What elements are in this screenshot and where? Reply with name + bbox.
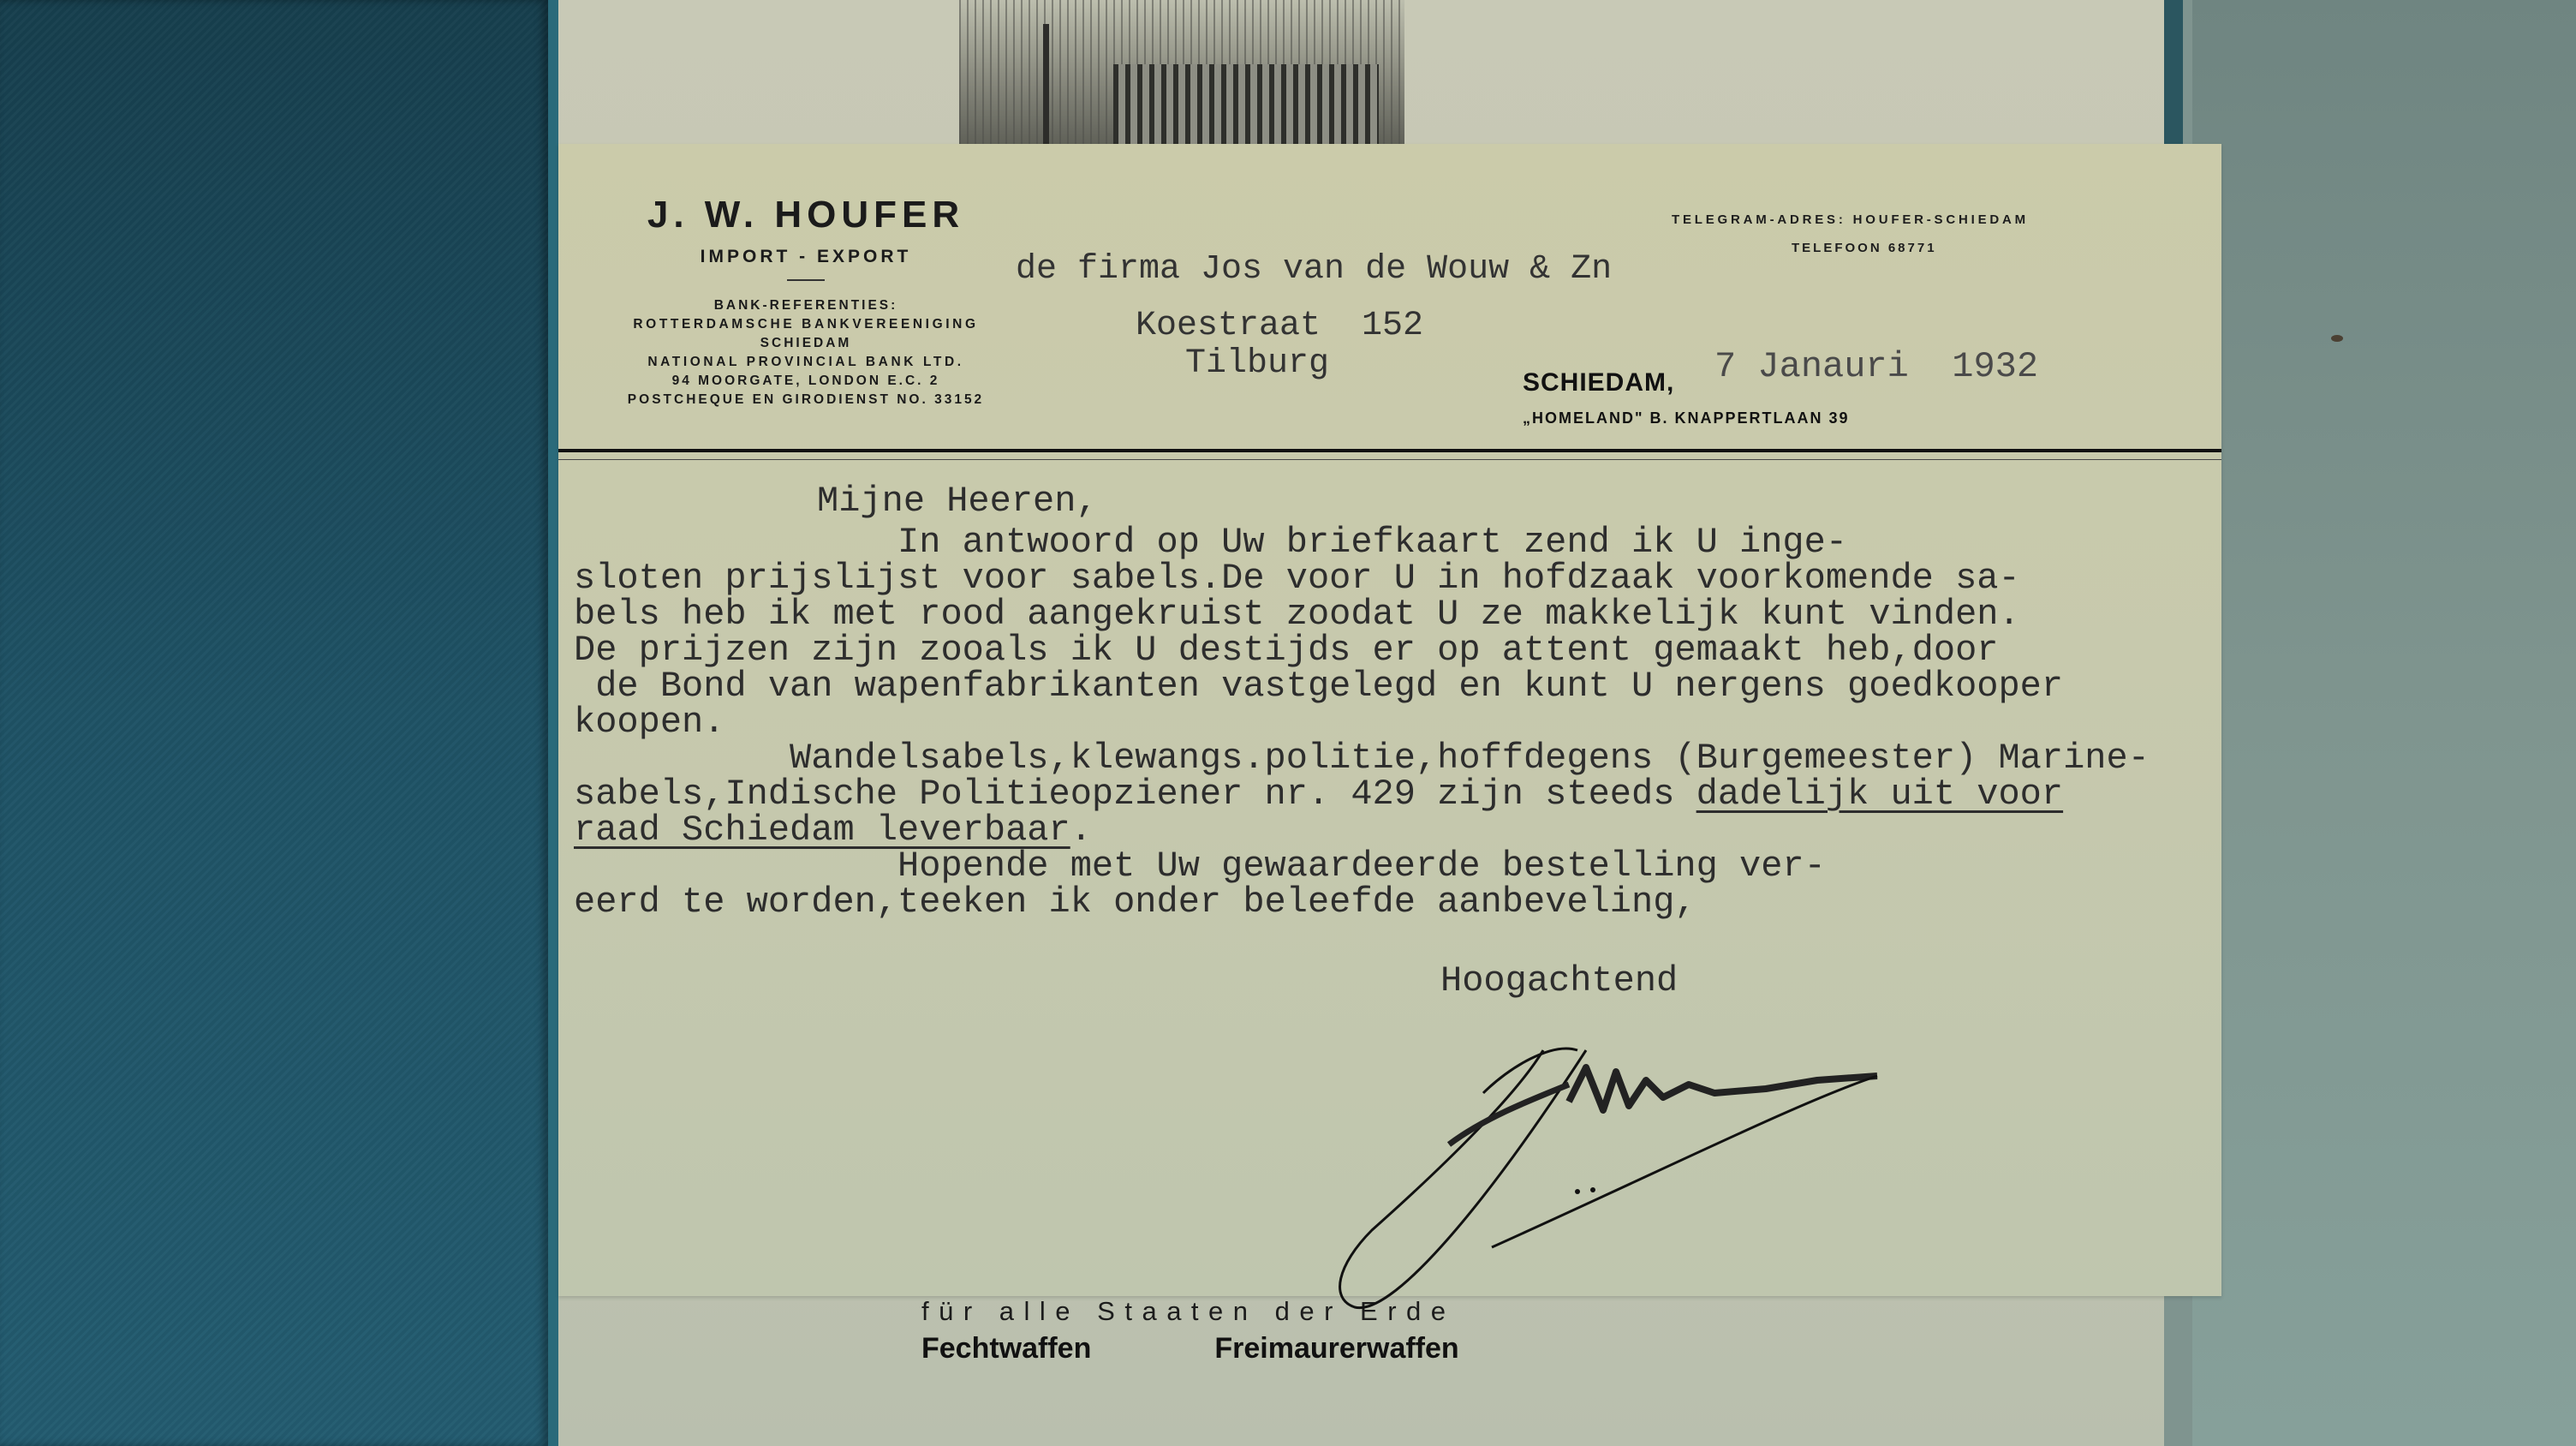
catalog-category-masonic: Freimaurerwaffen bbox=[1214, 1332, 1458, 1365]
underlined-text: raad Schiedam leverbaar bbox=[574, 810, 1070, 851]
dust-speck bbox=[2331, 335, 2343, 342]
body-line: koopen. bbox=[574, 704, 2150, 740]
book-cover-edge bbox=[548, 0, 558, 1446]
bank-line: 94 MOORGATE, LONDON E.C. 2 bbox=[579, 372, 1033, 391]
letterhead-left: J. W. HOUFER IMPORT - EXPORT BANK-REFERE… bbox=[579, 194, 1033, 409]
body-line: bels heb ik met rood aangekruist zoodat … bbox=[574, 596, 2150, 632]
background-surface bbox=[2192, 0, 2576, 1446]
catalog-categories: Fechtwaffen Freimaurerwaffen bbox=[921, 1332, 1459, 1365]
letterhead-right: TELEGRAM-ADRES: HOUFER-SCHIEDAM TELEFOON… bbox=[1672, 212, 2029, 255]
salutation: Mijne Heeren, bbox=[817, 483, 1098, 519]
letterhead-rule-thin bbox=[558, 459, 2221, 460]
catalog-category-fencing: Fechtwaffen bbox=[921, 1332, 1091, 1365]
body-line: In antwoord op Uw briefkaart zend ik U i… bbox=[574, 524, 2150, 560]
punctuation: . bbox=[1070, 810, 1092, 851]
body-line: eerd te worden,teeken ik onder beleefde … bbox=[574, 884, 2150, 920]
body-line: sloten prijslijst voor sabels.De voor U … bbox=[574, 560, 2150, 596]
company-business: IMPORT - EXPORT bbox=[579, 247, 1033, 267]
company-name: J. W. HOUFER bbox=[579, 194, 1033, 236]
recipient-street: Koestraat 152 bbox=[1136, 307, 1423, 345]
divider bbox=[787, 279, 825, 281]
underlined-text: dadelijk uit voor bbox=[1696, 774, 2063, 815]
bank-line: NATIONAL PROVINCIAL BANK LTD. bbox=[579, 353, 1033, 372]
factory-building bbox=[1113, 64, 1379, 144]
body-line-with-underline: raad Schiedam leverbaar. bbox=[574, 812, 2150, 848]
business-letter: J. W. HOUFER IMPORT - EXPORT BANK-REFERE… bbox=[558, 144, 2221, 1296]
body-line: de Bond van wapenfabrikanten vastgelegd … bbox=[574, 668, 2150, 704]
factory-chimney bbox=[1043, 24, 1049, 144]
recipient-name: de firma Jos van de Wouw & Zn bbox=[1016, 250, 1612, 289]
body-line: Wandelsabels,klewangs.politie,hoffdegens… bbox=[574, 740, 2150, 776]
sender-address: „HOMELAND" B. KNAPPERTLAAN 39 bbox=[1523, 409, 1850, 427]
letter-date: 7 Janauri 1932 bbox=[1714, 346, 2038, 387]
body-line: sabels,Indische Politieopziener nr. 429 … bbox=[574, 774, 1696, 815]
body-line-with-underline: sabels,Indische Politieopziener nr. 429 … bbox=[574, 776, 2150, 812]
closing: Hoogachtend bbox=[1440, 963, 1678, 999]
book-cover-felt bbox=[0, 0, 548, 1446]
recipient-city: Tilburg bbox=[1185, 344, 1329, 383]
telephone-number: TELEFOON 68771 bbox=[1792, 241, 2029, 255]
sender-place: SCHIEDAM, bbox=[1523, 368, 1674, 397]
signature-icon bbox=[1321, 1016, 1920, 1324]
bank-label: BANK-REFERENTIES: bbox=[579, 296, 1033, 315]
bank-line: ROTTERDAMSCHE BANKVEREENIGING bbox=[579, 315, 1033, 334]
body-line: Hopende met Uw gewaardeerde bestelling v… bbox=[574, 848, 2150, 884]
letter-body: In antwoord op Uw briefkaart zend ik U i… bbox=[574, 524, 2150, 920]
letterhead-rule bbox=[558, 449, 2221, 452]
bank-line: SCHIEDAM bbox=[579, 334, 1033, 353]
bank-line: POSTCHEQUE EN GIRODIENST NO. 33152 bbox=[579, 391, 1033, 409]
body-line: De prijzen zijn zooals ik U destijds er … bbox=[574, 632, 2150, 668]
telegram-address: TELEGRAM-ADRES: HOUFER-SCHIEDAM bbox=[1672, 212, 2029, 227]
